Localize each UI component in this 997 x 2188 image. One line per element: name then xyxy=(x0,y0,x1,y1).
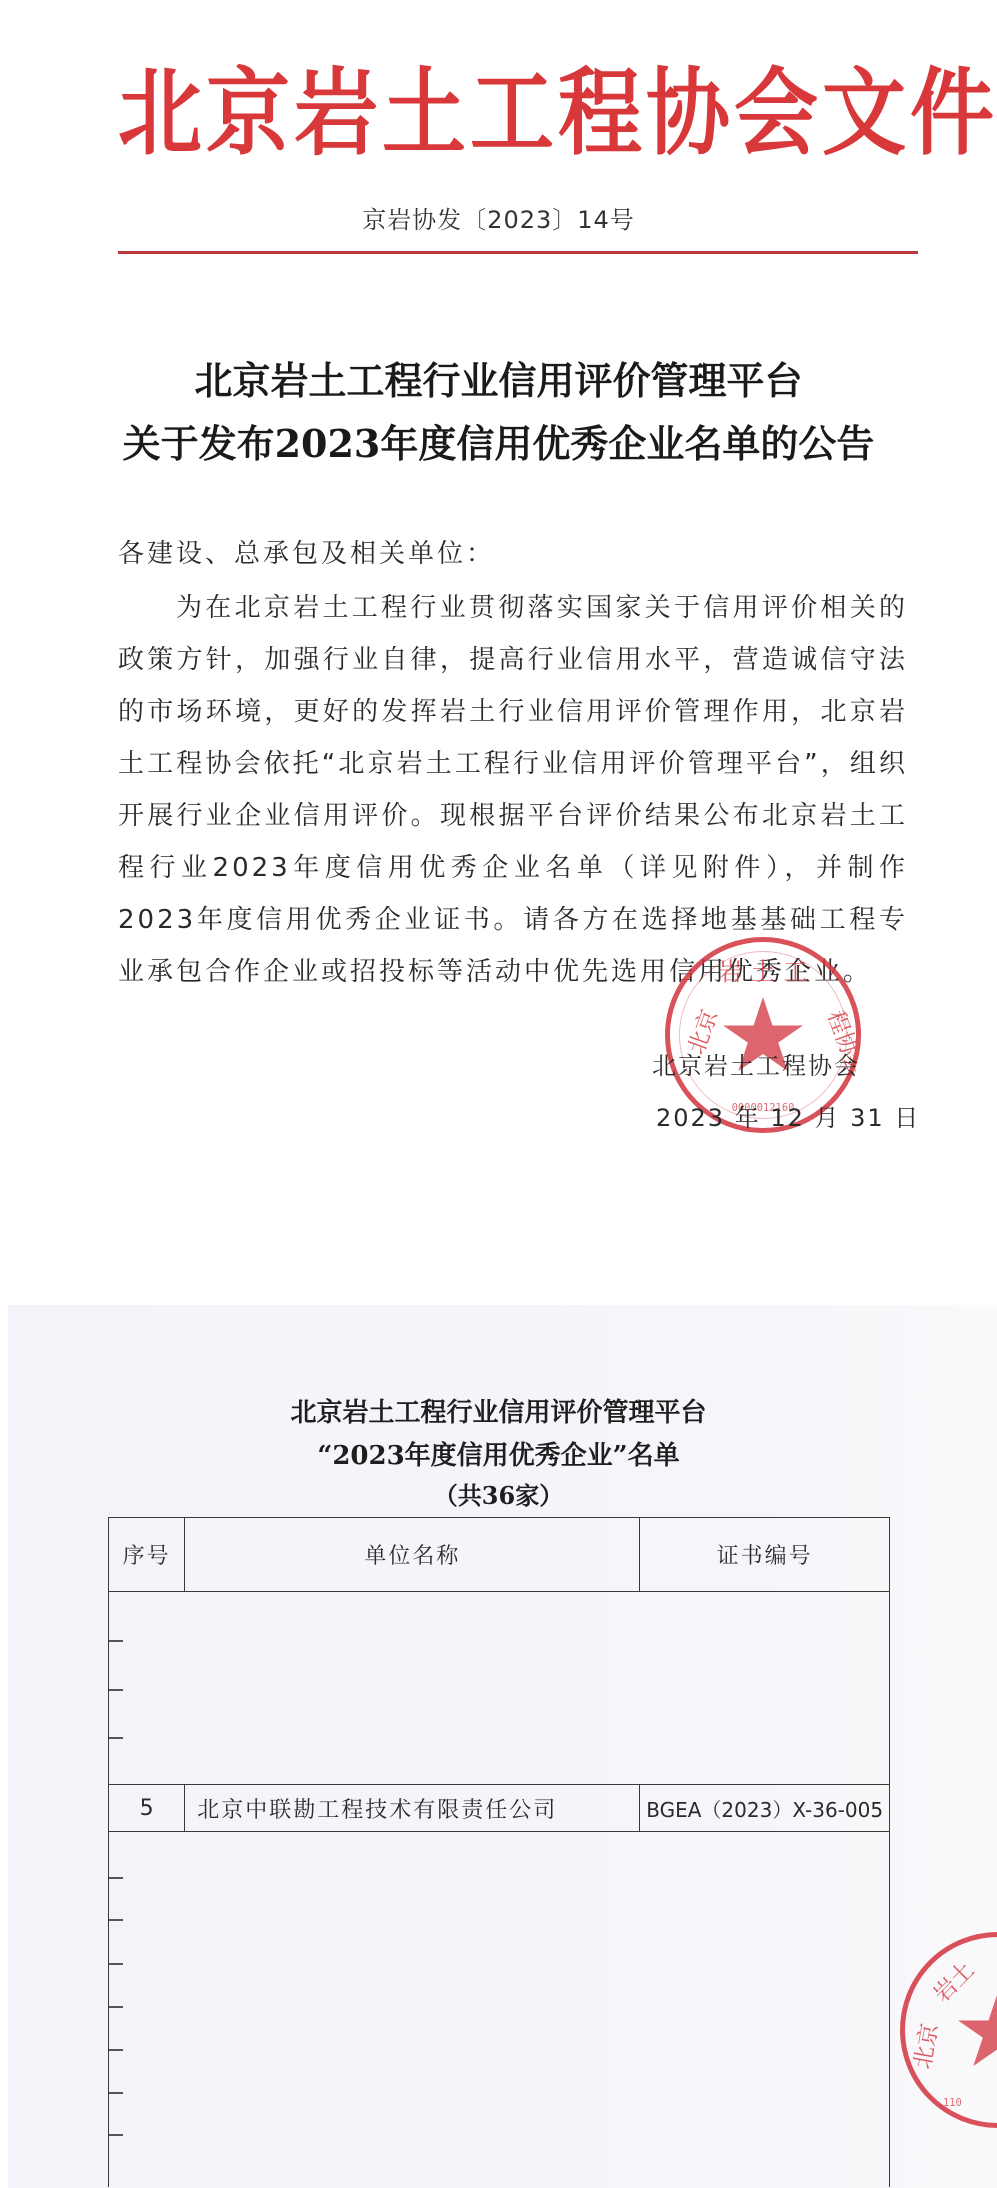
header-serial-number: 序号 xyxy=(109,1518,185,1592)
row-divider-tick xyxy=(109,2049,123,2051)
row-divider-tick xyxy=(109,1737,123,1739)
svg-text:北京: 北京 xyxy=(910,2022,944,2071)
header-company-name: 单位名称 xyxy=(185,1518,640,1592)
attachment-seal-stamp: 岩土 北京 110 xyxy=(900,1932,997,2128)
signature-organization: 北京岩土工程协会 xyxy=(652,1046,860,1081)
document-number: 京岩协发〔2023〕14号 xyxy=(0,200,997,235)
seal-star-icon: 岩土 北京 110 xyxy=(905,1937,997,2123)
table-row: 5 北京中联勘工程技术有限责任公司 BGEA（2023）X-36-005 xyxy=(109,1785,890,1832)
red-divider-rule xyxy=(118,251,918,254)
row-divider-tick xyxy=(109,1919,123,1921)
row-divider-tick xyxy=(109,1689,123,1691)
row-divider-tick xyxy=(109,2092,123,2094)
list-count: （共36家） xyxy=(0,1476,997,1511)
masthead-title: 北京岩土工程协会文件 xyxy=(118,51,918,174)
excellent-enterprise-table: 序号 单位名称 证书编号 5 北京中联勘工程技术有限责任公司 BGEA（2023… xyxy=(108,1517,890,2187)
header-certificate-number: 证书编号 xyxy=(640,1518,890,1592)
table-header-row: 序号 单位名称 证书编号 xyxy=(109,1518,890,1592)
row-divider-tick xyxy=(109,1963,123,1965)
redacted-area xyxy=(109,1832,890,2188)
row-certificate-number: BGEA（2023）X-36-005 xyxy=(640,1785,890,1832)
row-divider-tick xyxy=(109,2006,123,2008)
row-company-name: 北京中联勘工程技术有限责任公司 xyxy=(185,1785,640,1832)
seal-arc-text: 岩 土 工 xyxy=(718,957,808,986)
redacted-rows xyxy=(109,1832,890,2188)
row-serial-number: 5 xyxy=(109,1785,185,1832)
salutation: 各建设、总承包及相关单位： xyxy=(118,533,908,570)
announcement-title-line2: 关于发布2023年度信用优秀企业名单的公告 xyxy=(0,413,997,468)
redacted-area xyxy=(109,1592,890,1785)
svg-text:110: 110 xyxy=(943,2097,962,2109)
list-title-line1: 北京岩土工程行业信用评价管理平台 xyxy=(0,1392,997,1429)
notice-page: 北京岩土工程协会文件 京岩协发〔2023〕14号 北京岩土工程行业信用评价管理平… xyxy=(0,0,997,1300)
announcement-title-line1: 北京岩土工程行业信用评价管理平台 xyxy=(0,350,997,405)
row-divider-tick xyxy=(109,2134,123,2136)
signature-date: 2023 年 12 月 31 日 xyxy=(656,1098,920,1133)
announcement-body-paragraph: 为在北京岩土工程行业贯彻落实国家关于信用评价相关的政策方针，加强行业自律，提高行… xyxy=(118,582,908,998)
row-divider-tick xyxy=(109,1640,123,1642)
list-title-line2: “2023年度信用优秀企业”名单 xyxy=(0,1435,997,1472)
redacted-rows xyxy=(109,1592,890,1785)
svg-text:岩土: 岩土 xyxy=(929,1957,980,2008)
row-divider-tick xyxy=(109,1877,123,1879)
